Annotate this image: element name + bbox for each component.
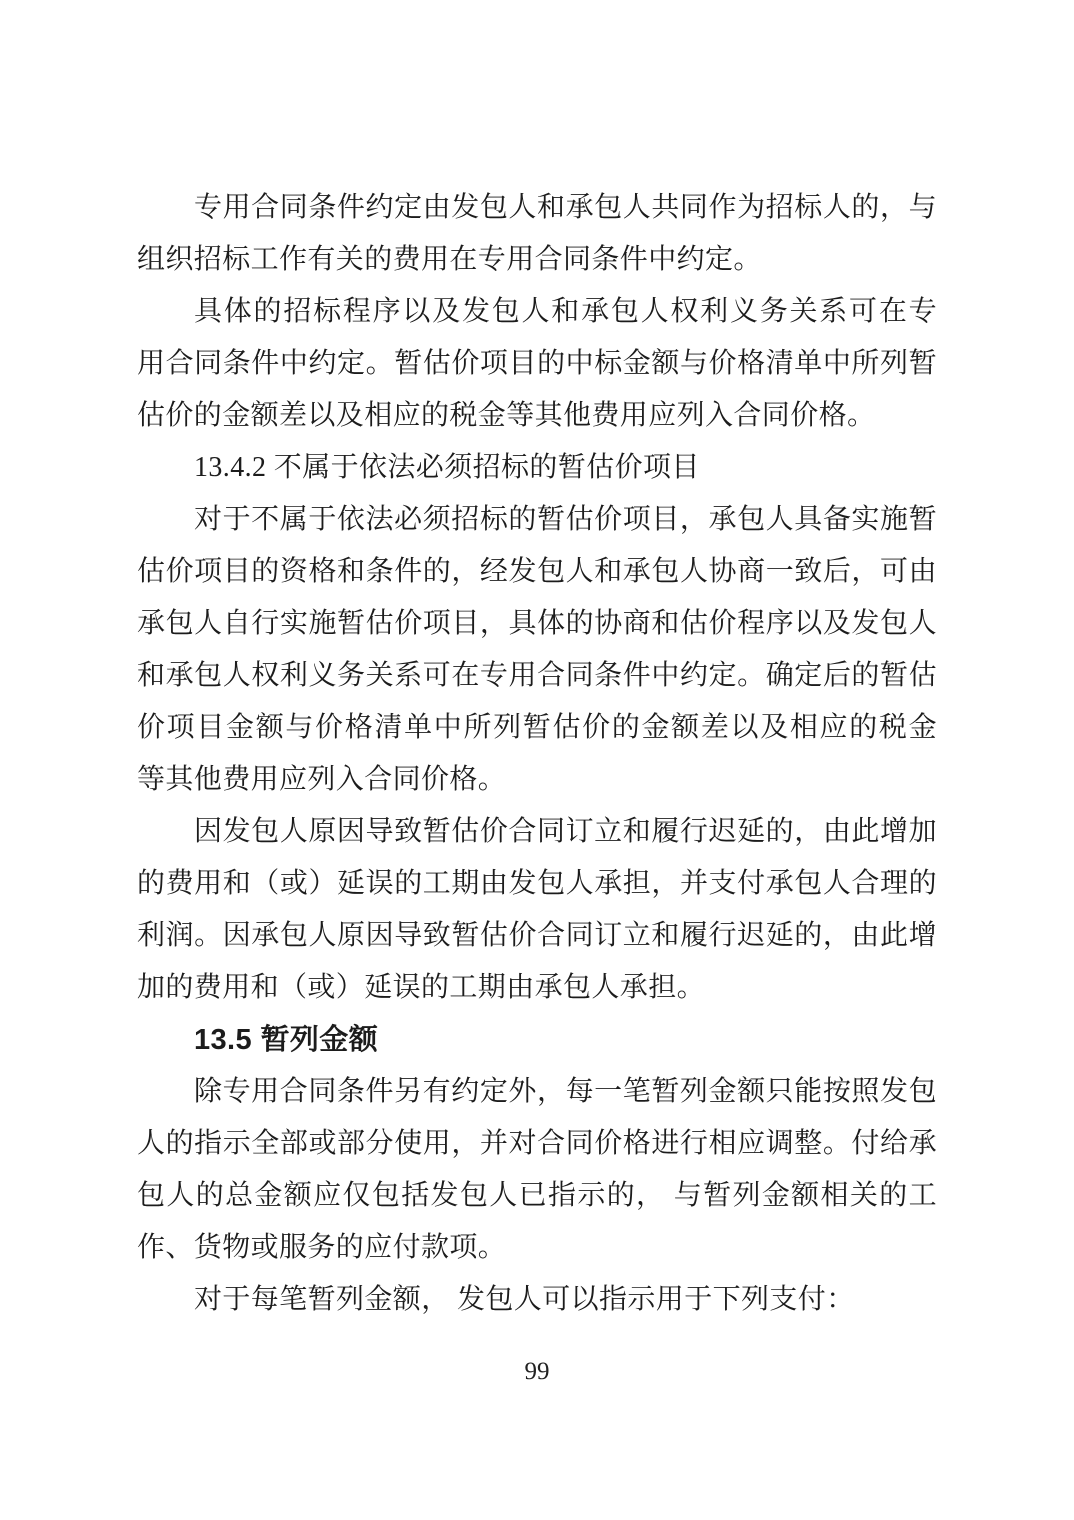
paragraph-line: 的费用和（或）延误的工期由发包人承担，并支付承包人合理的 — [137, 858, 937, 910]
paragraph-line: 价项目金额与价格清单中所列暂估价的金额差以及相应的税金 — [137, 702, 937, 754]
paragraph-line: 专用合同条件约定由发包人和承包人共同作为招标人的，与 — [137, 182, 937, 234]
paragraph-line: 和承包人权利义务关系可在专用合同条件中约定。确定后的暂估 — [137, 650, 937, 702]
clause-heading-13-4-2: 13.4.2 不属于依法必须招标的暂估价项目 — [137, 442, 937, 494]
paragraph-line: 估价的金额差以及相应的税金等其他费用应列入合同价格。 — [137, 390, 937, 442]
paragraph-line: 作、货物或服务的应付款项。 — [137, 1222, 937, 1274]
paragraph-line: 组织招标工作有关的费用在专用合同条件中约定。 — [137, 234, 937, 286]
paragraph-line: 加的费用和（或）延误的工期由承包人承担。 — [137, 962, 937, 1014]
paragraph-line: 对于不属于依法必须招标的暂估价项目，承包人具备实施暂 — [137, 494, 937, 546]
paragraph-line: 人的指示全部或部分使用，并对合同价格进行相应调整。付给承 — [137, 1118, 937, 1170]
paragraph-line: 利润。因承包人原因导致暂估价合同订立和履行迟延的，由此增 — [137, 910, 937, 962]
page-number: 99 — [0, 1358, 1074, 1386]
paragraph-line: 等其他费用应列入合同价格。 — [137, 754, 937, 806]
paragraph-line: 具体的招标程序以及发包人和承包人权利义务关系可在专 — [137, 286, 937, 338]
paragraph-line: 估价项目的资格和条件的，经发包人和承包人协商一致后，可由 — [137, 546, 937, 598]
document-page: 专用合同条件约定由发包人和承包人共同作为招标人的，与 组织招标工作有关的费用在专… — [0, 0, 1074, 1520]
paragraph-line: 对于每笔暂列金额， 发包人可以指示用于下列支付： — [137, 1274, 937, 1326]
paragraph-line: 用合同条件中约定。暂估价项目的中标金额与价格清单中所列暂 — [137, 338, 937, 390]
paragraph-line: 除专用合同条件另有约定外，每一笔暂列金额只能按照发包 — [137, 1066, 937, 1118]
paragraph-line: 包人的总金额应仅包括发包人已指示的， 与暂列金额相关的工 — [137, 1170, 937, 1222]
paragraph-line: 因发包人原因导致暂估价合同订立和履行迟延的，由此增加 — [137, 806, 937, 858]
document-body: 专用合同条件约定由发包人和承包人共同作为招标人的，与 组织招标工作有关的费用在专… — [137, 182, 937, 1326]
clause-heading-13-5: 13.5 暂列金额 — [137, 1014, 937, 1066]
paragraph-line: 承包人自行实施暂估价项目，具体的协商和估价程序以及发包人 — [137, 598, 937, 650]
